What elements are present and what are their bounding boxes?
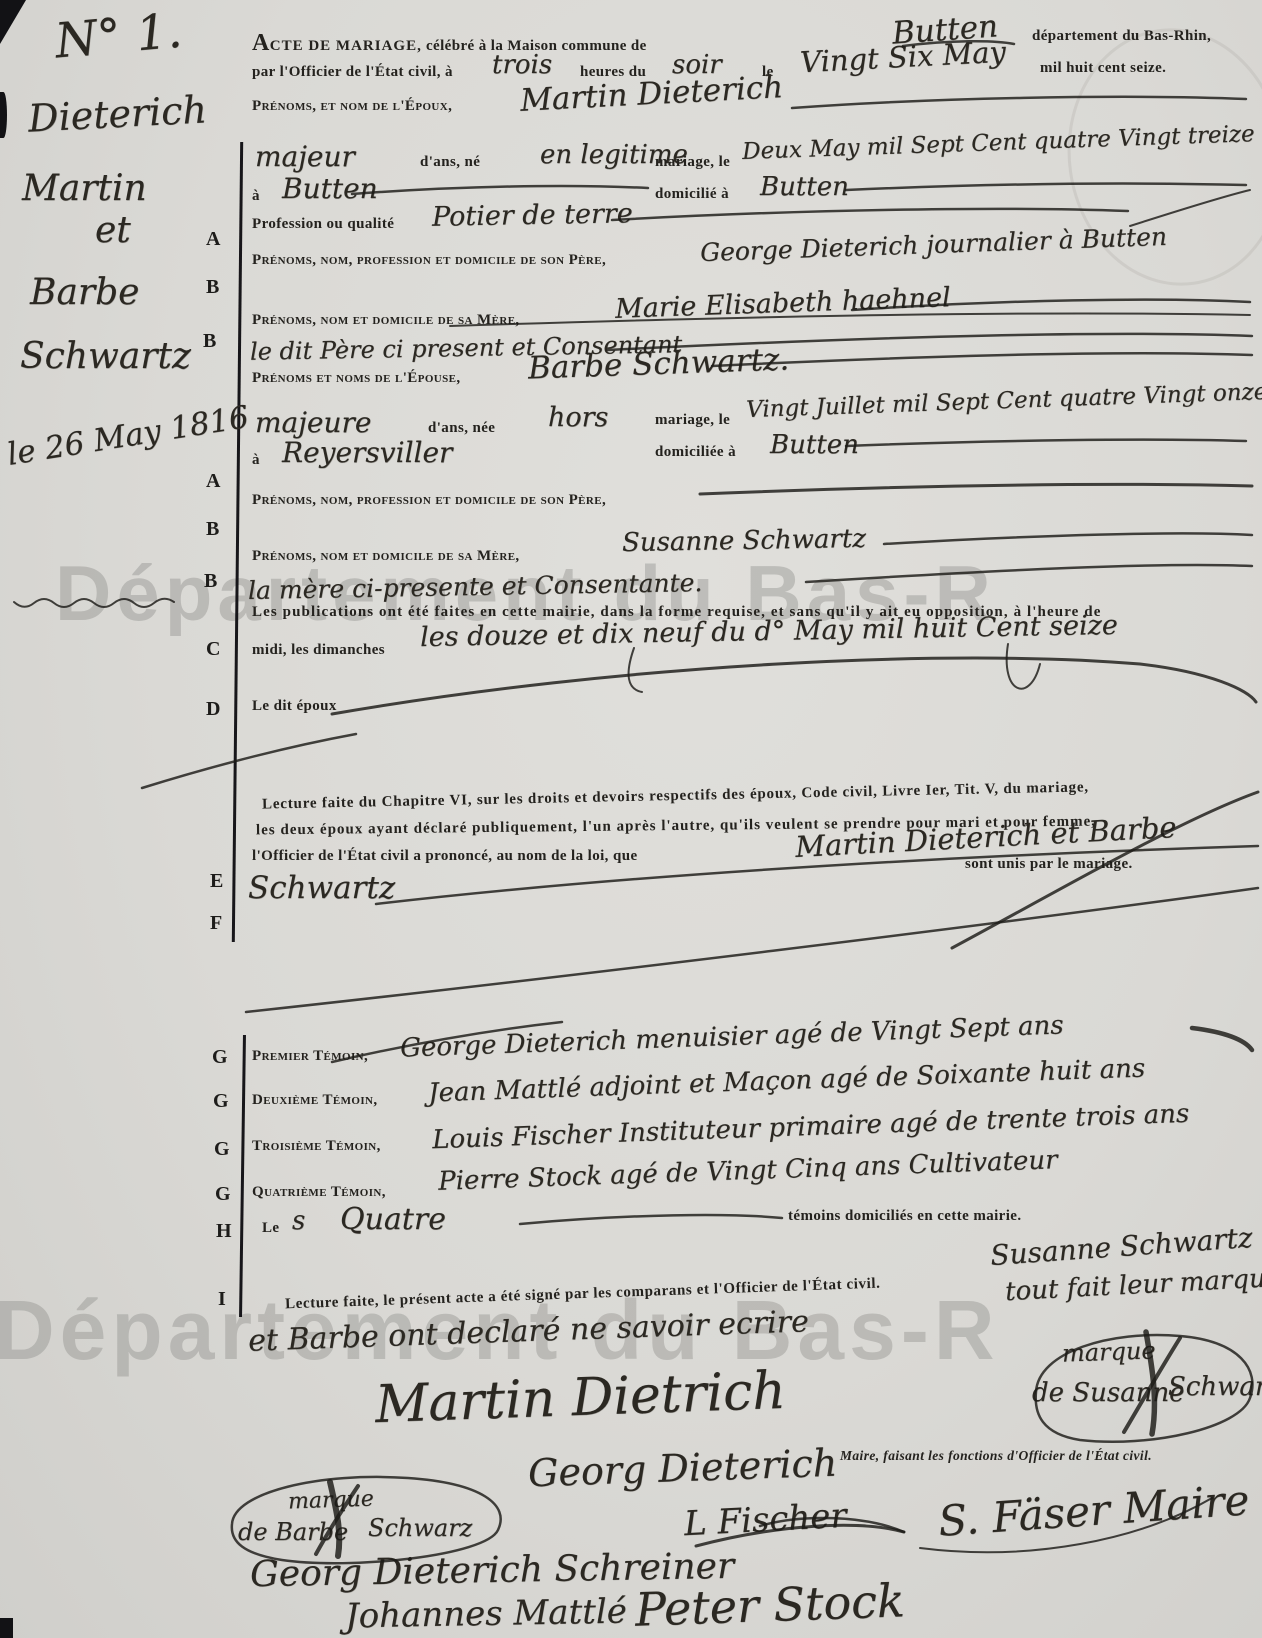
flourish-line [884,533,1252,544]
united-label: sont unis par le mariage. [965,856,1133,873]
les-label: Le [262,1220,279,1237]
groom-at-label: à [252,188,260,205]
groom-mother-entry: Marie Elisabeth haehnel [615,282,952,325]
faint-round-stamp [1051,14,1262,300]
section-letter: G [215,1183,231,1206]
officer-line: par l'Officier de l'État civil, à [252,64,453,81]
flourish-line [612,209,1128,220]
witness1-label: Premier Témoin, [252,1048,368,1065]
margin-act-number: N° 1. [53,3,184,70]
profession-label: Profession ou qualité [252,216,394,233]
margin-groom-surname: Dieterich [27,87,208,140]
section-letter: D [206,698,220,721]
bride-father-label: Prénoms, nom, profession et domicile de … [252,492,606,509]
page-edge-mark [0,92,7,138]
section-letter: B [203,330,216,353]
flourish-line [520,1215,782,1224]
margin-date: le 26 May 1816 [5,399,252,473]
witness-domicile-label: témoins domiciliés en cette mairie. [788,1208,1022,1225]
bride-majority-entry: majeure [255,406,371,439]
bride-legitimacy-entry: hors [548,402,608,433]
bride-mother-entry: Susanne Schwartz [622,524,866,558]
mayor-function-label: Maire, faisant les fonctions d'Officier … [840,1448,1152,1464]
margin-bride-given: Barbe [30,272,139,313]
groom-father-label: Prénoms, nom, profession et domicile de … [252,252,606,269]
witness2-entry: Jean Mattlé adjoint et Maçon agé de Soix… [428,1053,1146,1108]
plural-s-entry: s [292,1206,305,1236]
groom-age-label: d'ans, né [420,154,480,171]
groom-father-entry: George Dieterich journalier à Butten [700,222,1168,267]
witness4-label: Quatrième Témoin, [252,1184,386,1201]
act-title: cte de Mariage, [270,38,422,54]
witness2-label: Deuxième Témoin, [252,1092,378,1109]
margin-groom-given: Martin [22,168,147,209]
form-vertical-rule-lower [239,1035,245,1317]
form-vertical-rule-upper [232,142,243,942]
susanne-mark-word3: Schwarz [1168,1372,1262,1402]
act-title-line: Acte de Mariage, célébré à la Maison com… [252,30,647,57]
dit-epoux-label: Le dit époux [252,698,337,715]
descender-loop [629,648,642,692]
marriage-date-entry: Vingt Six May [799,35,1006,80]
mark-note-entry: tout fait leur marque [1004,1263,1262,1307]
groom-name-label: Prénoms, et nom de l'Époux, [252,98,452,115]
section-letter: F [210,912,222,935]
descender-loop [1007,644,1040,689]
witness-signature-mattle: Johannes Mattlé [345,1592,628,1637]
margin-conjunction: et [95,210,131,251]
section-letter: A [206,228,220,251]
groom-mother-label: Prénoms, nom et domicile de sa Mère, [252,312,520,329]
page-edge-mark [0,1618,13,1638]
witness-count-entry: Quatre [340,1202,446,1237]
bride-mother-label: Prénoms, nom et domicile de sa Mère, [252,548,520,565]
pronounced-names-cont-entry: Schwartz [248,870,395,906]
susanne-name-entry: Susanne Schwartz [989,1221,1253,1272]
barbe-mark-word1: marque [288,1487,375,1515]
lecture-line3: l'Officier de l'État civil a prononcé, a… [252,848,638,865]
groom-domicile-entry: Butten [760,172,849,202]
section-letter: G [214,1138,230,1161]
flourish-line [712,353,1252,366]
witness-signature-georg: Georg Dieterich [527,1441,838,1496]
barbe-mark-word3: Schwarz [368,1514,472,1542]
section-letter: C [206,638,220,661]
bold-flourish [1192,1028,1252,1050]
bride-domicile-entry: Butten [770,430,859,460]
marriage-act-scan: Département du Bas-R Département du Bas-… [0,0,1262,1638]
groom-majority-entry: majeur [255,140,355,173]
witness-signature-stock: Peter Stock [634,1573,905,1636]
flourish-line [700,484,1252,494]
section-letter: E [210,870,223,893]
section-letter: G [213,1090,229,1113]
flourish-line [846,440,1246,446]
grand-flourish [142,734,356,788]
page-corner-mark [0,0,26,44]
section-letter: I [218,1288,226,1311]
groom-birthplace-entry: Butten [282,172,378,205]
section-letter: A [206,470,220,493]
section-letter: B [206,518,219,541]
bride-birthdate-entry: Vingt Juillet mil Sept Cent quatre Vingt… [746,379,1262,423]
act-title-initial: A [252,30,270,56]
bride-at-label: à [252,452,260,469]
bride-marriage-label: mariage, le [655,412,730,429]
section-letter: H [216,1220,232,1243]
bride-domicile-label: domiciliée à [655,444,736,461]
year-label: mil huit cent seize. [1040,60,1166,77]
profession-entry: Potier de terre [432,198,633,232]
bride-name-label: Prénoms et noms de l'Épouse, [252,370,461,387]
bride-birthplace-entry: Reyersviller [282,436,452,469]
groom-name-entry: Martin Dieterich [519,69,784,119]
hour-entry: trois [492,50,552,80]
grand-flourish [246,888,1258,1012]
section-letter: G [212,1046,228,1069]
grand-flourish [332,658,1256,714]
witness-signature-fischer: L Fischer [683,1496,847,1544]
witness1-entry: George Dieterich menuisier agé de Vingt … [400,1010,1064,1063]
susanne-mark-word1: marque [1062,1336,1156,1367]
groom-marriage-label: mariage, le [655,154,730,171]
margin-bride-surname: Schwartz [20,336,191,377]
groom-domicile-label: domicilié à [655,186,729,203]
barbe-mark-word2: de Barbe [238,1518,348,1546]
susanne-mark-word2: de Susanne [1032,1378,1185,1408]
department-label: département du Bas-Rhin, [1032,28,1211,45]
bride-age-label: d'ans, née [428,420,495,437]
witness3-entry: Louis Fischer Instituteur primaire agé d… [432,1099,1190,1155]
publications-line2: midi, les dimanches [252,642,385,659]
mayor-signature: S. Fäser Maire [937,1475,1251,1546]
section-letter: B [204,570,217,593]
lecture-line1: Lecture faite du Chapitre VI, sur les dr… [262,779,1089,813]
section-letter: B [206,276,219,299]
witness4-entry: Pierre Stock agé de Vingt Cinq ans Culti… [438,1145,1058,1197]
bride-name-entry: Barbe Schwartz. [527,341,789,386]
flourish-line [352,186,648,194]
witness3-label: Troisième Témoin, [252,1138,381,1155]
